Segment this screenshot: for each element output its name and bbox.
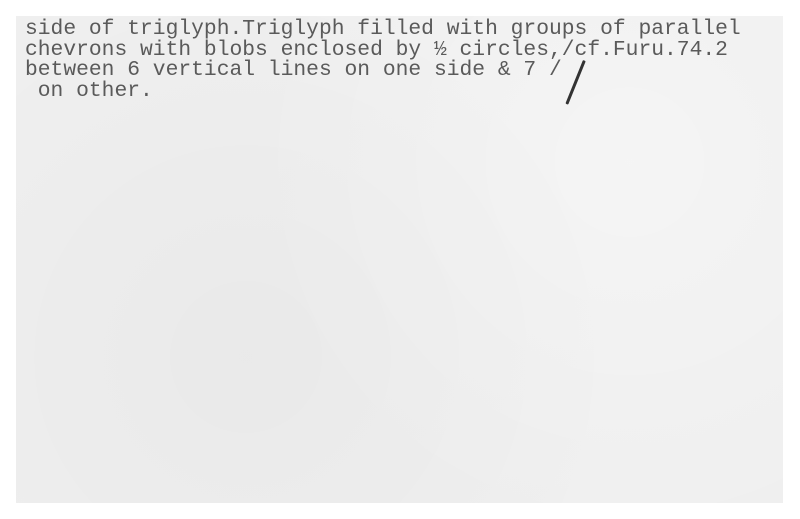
text-line: chevrons with blobs enclosed by ½ circle… [25,40,741,61]
text-line: between 6 vertical lines on one side & 7… [25,60,741,81]
text-line: on other. [25,81,741,102]
index-card: side of triglyph.Triglyph filled with gr… [16,16,783,503]
typed-text: side of triglyph.Triglyph filled with gr… [25,19,741,101]
text-line: side of triglyph.Triglyph filled with gr… [25,19,741,40]
